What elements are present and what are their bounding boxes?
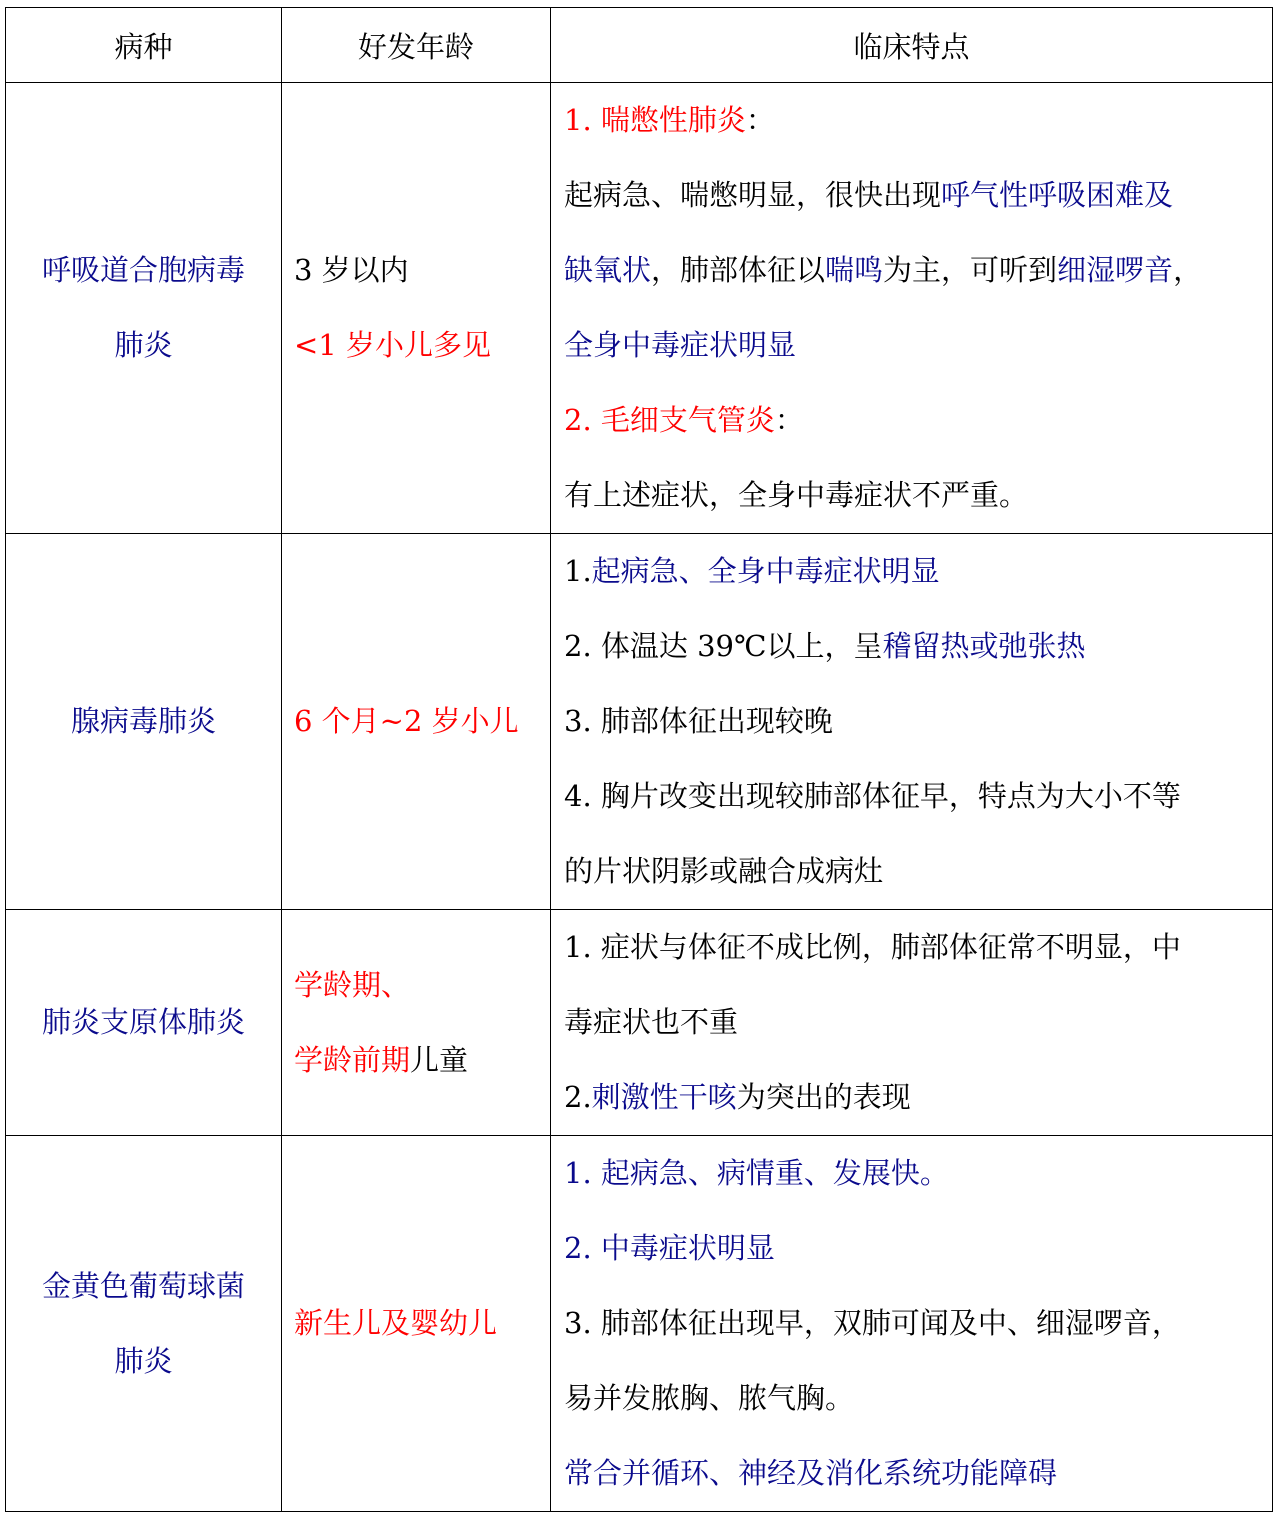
table-row: 呼吸道合胞病毒肺炎3 岁以内<1 岁小儿多见1. 喘憋性肺炎：起病急、喘憋明显，… xyxy=(6,83,1273,534)
feature-text: 呼气性呼吸困难及 xyxy=(941,178,1173,212)
age-text: 儿童 xyxy=(410,1043,468,1077)
feature-text: ， xyxy=(1173,253,1202,287)
age-cell: 6 个月~2 岁小儿 xyxy=(282,534,551,910)
feature-text: 1. xyxy=(564,554,592,588)
age-line: 新生儿及婴幼儿 xyxy=(294,1286,550,1361)
feature-line: 1. 喘憋性肺炎： xyxy=(564,83,1272,158)
disease-cell: 肺炎支原体肺炎 xyxy=(6,910,282,1136)
feature-text: 2. 体温达 39℃以上，呈 xyxy=(564,629,882,663)
feature-line: 2. 中毒症状明显 xyxy=(564,1211,1272,1286)
feature-text: 毒症状也不重 xyxy=(564,1005,738,1039)
feature-text: 起病急、喘憋明显，很快出现 xyxy=(564,178,941,212)
features-cell: 1. 起病急、病情重、发展快。2. 中毒症状明显3. 肺部体征出现早，双肺可闻及… xyxy=(551,1136,1273,1512)
feature-text: 易并发脓胸、脓气胸。 xyxy=(564,1381,854,1415)
disease-name: 肺炎 xyxy=(6,1324,281,1399)
disease-cell: 呼吸道合胞病毒肺炎 xyxy=(6,83,282,534)
feature-line: 2. 毛细支气管炎： xyxy=(564,383,1272,458)
feature-text: 细湿啰音 xyxy=(1057,253,1173,287)
feature-line: 缺氧状，肺部体征以喘鸣为主，可听到细湿啰音， xyxy=(564,233,1272,308)
feature-text: 喘鸣 xyxy=(825,253,883,287)
feature-text: 2. 毛细支气管炎 xyxy=(564,403,775,437)
feature-line: 易并发脓胸、脓气胸。 xyxy=(564,1361,1272,1436)
feature-text: 1. 喘憋性肺炎 xyxy=(564,103,746,137)
feature-line: 全身中毒症状明显 xyxy=(564,308,1272,383)
age-line: 3 岁以内 xyxy=(294,233,550,308)
age-text: 6 个月~2 岁小儿 xyxy=(294,704,519,738)
feature-line: 4. 胸片改变出现较肺部体征早，特点为大小不等 xyxy=(564,759,1272,834)
age-cell: 学龄期、学龄前期儿童 xyxy=(282,910,551,1136)
feature-text: 1. 起病急、病情重、发展快。 xyxy=(564,1156,949,1190)
feature-line: 3. 肺部体征出现较晚 xyxy=(564,684,1272,759)
feature-text: 2. 中毒症状明显 xyxy=(564,1231,775,1265)
disease-name: 呼吸道合胞病毒 xyxy=(6,233,281,308)
feature-line: 1. 症状与体征不成比例，肺部体征常不明显，中 xyxy=(564,910,1272,985)
age-line: 学龄期、 xyxy=(294,948,550,1023)
age-text: 学龄期、 xyxy=(294,968,410,1002)
feature-text: 的片状阴影或融合成病灶 xyxy=(564,854,883,888)
table-row: 金黄色葡萄球菌肺炎新生儿及婴幼儿1. 起病急、病情重、发展快。2. 中毒症状明显… xyxy=(6,1136,1273,1512)
disease-cell: 腺病毒肺炎 xyxy=(6,534,282,910)
feature-line: 1. 起病急、病情重、发展快。 xyxy=(564,1136,1272,1211)
age-line: 学龄前期儿童 xyxy=(294,1023,550,1098)
feature-line: 毒症状也不重 xyxy=(564,985,1272,1060)
table-row: 腺病毒肺炎6 个月~2 岁小儿1.起病急、全身中毒症状明显2. 体温达 39℃以… xyxy=(6,534,1273,910)
feature-text: ，肺部体征以 xyxy=(651,253,825,287)
feature-text: 2. xyxy=(564,1080,592,1114)
age-line: <1 岁小儿多见 xyxy=(294,308,550,383)
feature-line: 1.起病急、全身中毒症状明显 xyxy=(564,534,1272,609)
feature-text: 常合并循环、神经及消化系统功能障碍 xyxy=(564,1456,1057,1490)
feature-line: 2.刺激性干咳为突出的表现 xyxy=(564,1060,1272,1135)
feature-text: 全身中毒症状明显 xyxy=(564,328,796,362)
feature-text: 4. 胸片改变出现较肺部体征早，特点为大小不等 xyxy=(564,779,1181,813)
age-text: 新生儿及婴幼儿 xyxy=(294,1306,497,1340)
features-cell: 1.起病急、全身中毒症状明显2. 体温达 39℃以上，呈稽留热或弛张热3. 肺部… xyxy=(551,534,1273,910)
feature-text: 为主，可听到 xyxy=(883,253,1057,287)
feature-text: 有上述症状，全身中毒症状不严重。 xyxy=(564,478,1028,512)
feature-text: 稽留热或弛张热 xyxy=(882,629,1085,663)
age-cell: 新生儿及婴幼儿 xyxy=(282,1136,551,1512)
header-features: 临床特点 xyxy=(551,8,1273,83)
feature-line: 常合并循环、神经及消化系统功能障碍 xyxy=(564,1436,1272,1511)
disease-cell: 金黄色葡萄球菌肺炎 xyxy=(6,1136,282,1512)
pneumonia-comparison-table: 病种 好发年龄 临床特点 呼吸道合胞病毒肺炎3 岁以内<1 岁小儿多见1. 喘憋… xyxy=(5,7,1273,1512)
feature-text: ： xyxy=(775,403,804,437)
disease-name: 腺病毒肺炎 xyxy=(6,684,281,759)
feature-line: 起病急、喘憋明显，很快出现呼气性呼吸困难及 xyxy=(564,158,1272,233)
age-text: <1 岁小儿多见 xyxy=(294,328,491,362)
disease-name: 肺炎支原体肺炎 xyxy=(6,985,281,1060)
age-text: 3 岁以内 xyxy=(294,253,409,287)
feature-line: 的片状阴影或融合成病灶 xyxy=(564,834,1272,909)
header-age: 好发年龄 xyxy=(282,8,551,83)
features-cell: 1. 症状与体征不成比例，肺部体征常不明显，中毒症状也不重2.刺激性干咳为突出的… xyxy=(551,910,1273,1136)
features-cell: 1. 喘憋性肺炎：起病急、喘憋明显，很快出现呼气性呼吸困难及缺氧状，肺部体征以喘… xyxy=(551,83,1273,534)
age-text: 学龄前期 xyxy=(294,1043,410,1077)
feature-text: 缺氧状 xyxy=(564,253,651,287)
header-row: 病种 好发年龄 临床特点 xyxy=(6,8,1273,83)
age-line: 6 个月~2 岁小儿 xyxy=(294,684,550,759)
feature-text: 为突出的表现 xyxy=(737,1080,911,1114)
header-disease: 病种 xyxy=(6,8,282,83)
feature-text: 3. 肺部体征出现较晚 xyxy=(564,704,833,738)
age-cell: 3 岁以内<1 岁小儿多见 xyxy=(282,83,551,534)
feature-text: 起病急、全身中毒症状明显 xyxy=(592,554,940,588)
feature-text: 3. 肺部体征出现早，双肺可闻及中、细湿啰音， xyxy=(564,1306,1181,1340)
feature-text: 刺激性干咳 xyxy=(592,1080,737,1114)
disease-name: 金黄色葡萄球菌 xyxy=(6,1249,281,1324)
feature-text: 1. 症状与体征不成比例，肺部体征常不明显，中 xyxy=(564,930,1181,964)
feature-line: 有上述症状，全身中毒症状不严重。 xyxy=(564,458,1272,533)
feature-text: ： xyxy=(746,103,775,137)
table-row: 肺炎支原体肺炎学龄期、学龄前期儿童1. 症状与体征不成比例，肺部体征常不明显，中… xyxy=(6,910,1273,1136)
feature-line: 2. 体温达 39℃以上，呈稽留热或弛张热 xyxy=(564,609,1272,684)
feature-line: 3. 肺部体征出现早，双肺可闻及中、细湿啰音， xyxy=(564,1286,1272,1361)
disease-name: 肺炎 xyxy=(6,308,281,383)
